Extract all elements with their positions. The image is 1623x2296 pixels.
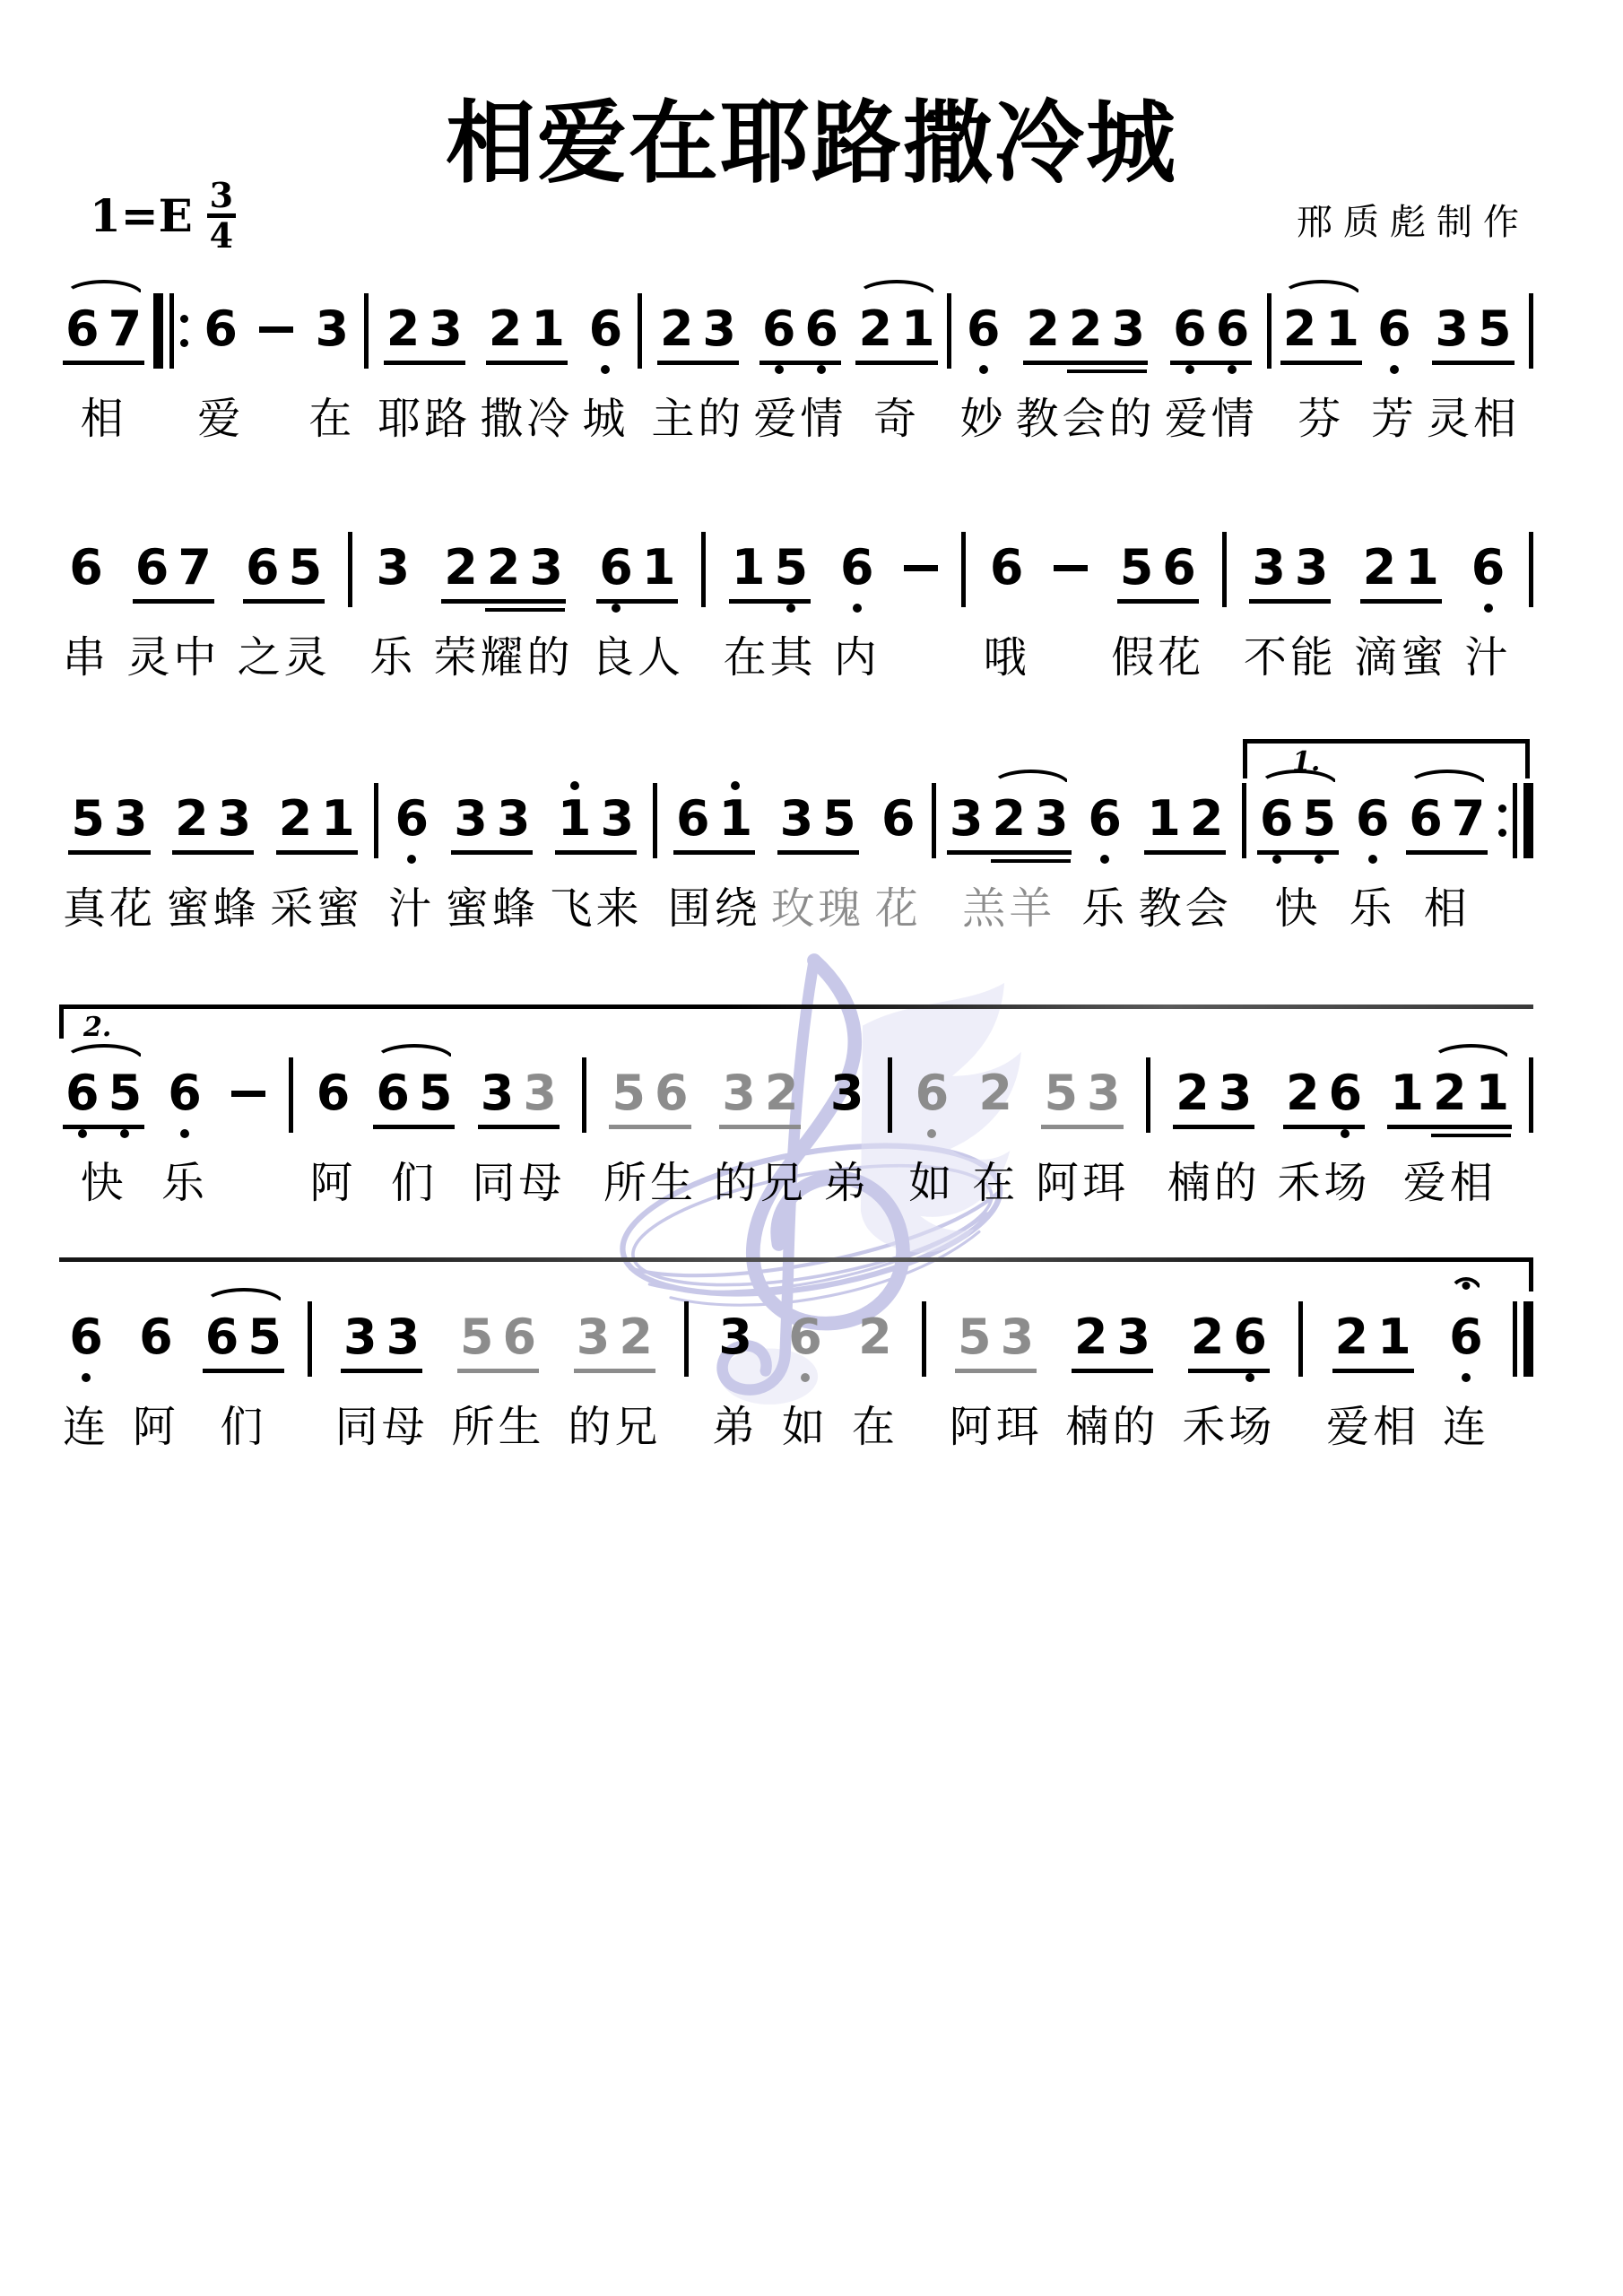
note-digit: 5	[247, 1311, 282, 1363]
lyric-syllable: 串	[63, 634, 109, 681]
note-digit: 1	[719, 793, 753, 845]
barline-single	[922, 1301, 926, 1377]
lyric-syllable: 滴蜜	[1354, 634, 1447, 681]
lyric-syllable: 妙	[960, 396, 1007, 442]
note-group: 6汁	[388, 793, 435, 932]
volta-2-bracket-continuation	[59, 1257, 1533, 1291]
lyric-syllable: 在	[972, 1160, 1019, 1206]
note-digit: 3	[497, 793, 531, 845]
note-digit: 3	[454, 793, 488, 845]
note-group: 6乐	[1350, 793, 1396, 932]
note-digit: 6	[1356, 793, 1390, 845]
note-group: 21奇	[855, 303, 937, 442]
lyric-syllable: 撒冷	[480, 396, 573, 442]
barline-single	[1529, 1057, 1533, 1133]
lyric-syllable: 乐	[161, 1160, 208, 1206]
note-group: 56所生	[452, 1311, 545, 1450]
note-digit: 2	[1286, 1067, 1320, 1119]
note-digit: 2	[1026, 303, 1060, 355]
lyric-syllable: 在其	[723, 634, 816, 681]
note-group: 53阿珥	[1036, 1067, 1129, 1206]
note-group: 3乐	[369, 542, 416, 681]
note-digit: 3	[523, 1067, 557, 1119]
barline-single	[582, 1057, 586, 1133]
lyric-syllable: 主的	[651, 396, 744, 442]
note-digit: 2	[619, 1311, 653, 1363]
note-digit: 5	[958, 1311, 992, 1363]
sixteenth-beam	[485, 608, 565, 612]
note-digit: 3	[577, 1311, 611, 1363]
note-digit: 7	[108, 303, 143, 355]
note-digit: 6	[589, 303, 623, 355]
note-digit: 3	[1295, 542, 1329, 594]
dash-sustain	[256, 303, 297, 355]
lyric-syllable: 耶路	[378, 396, 471, 442]
note-digit: 6	[1377, 303, 1411, 355]
barline-single	[1267, 293, 1271, 369]
note-digit: 2	[1433, 1067, 1467, 1119]
note-group: 15在其	[723, 542, 816, 681]
barline-single	[1146, 1057, 1150, 1133]
note-digit: 6	[967, 303, 1001, 355]
note-digit: 6	[135, 542, 169, 594]
note-digit: 6	[168, 1067, 202, 1119]
note-digit: 3	[481, 1067, 515, 1119]
lyric-syllable: 在	[308, 396, 355, 442]
lyric-syllable: 奇	[873, 396, 920, 442]
note-group: 23楠的	[1167, 1067, 1261, 1206]
note-digit: 6	[1409, 793, 1443, 845]
note-group: 21爱相	[1326, 1311, 1419, 1450]
note-group: 12教会	[1139, 793, 1232, 932]
key-signature: 1=E	[90, 189, 193, 242]
note-digit: 6	[317, 1067, 351, 1119]
barline-single	[684, 1301, 689, 1377]
barline-single	[374, 783, 378, 858]
lyric-syllable: 爱	[197, 396, 244, 442]
lyric-syllable: 的兄	[568, 1404, 661, 1450]
note-digit: 2	[765, 1067, 799, 1119]
slur-arc	[374, 1044, 455, 1060]
note-group: 65快	[1257, 793, 1339, 932]
lyric-syllable: 快	[81, 1160, 127, 1206]
rest-dash-token	[1047, 542, 1094, 681]
slur-arc	[856, 280, 937, 296]
note-digit: 6	[205, 1311, 239, 1363]
note-group: 56假花	[1111, 542, 1204, 681]
lyric-syllable: 弟	[712, 1404, 759, 1450]
barline-single	[364, 293, 369, 369]
note-digit: 6	[395, 793, 430, 845]
meter-numerator: 3	[210, 179, 233, 212]
note-digit: 5	[774, 542, 808, 594]
note-group: 61围绕	[668, 793, 761, 932]
lyric-syllable: 们	[220, 1404, 266, 1450]
lyric-syllable: 假花	[1111, 634, 1204, 681]
lyric-syllable: 爱相	[1326, 1404, 1419, 1450]
lyric-syllable: 爱相	[1403, 1160, 1497, 1206]
note-digit: 6	[65, 1067, 100, 1119]
note-group: 6爱	[197, 303, 244, 442]
note-group: 33同母	[335, 1311, 429, 1450]
barline-single	[1298, 1301, 1303, 1377]
note-digit: 5	[612, 1067, 646, 1119]
note-digit: 1	[1405, 542, 1439, 594]
note-digit: 2	[175, 793, 209, 845]
note-digit: 6	[376, 1067, 410, 1119]
lyric-syllable: 连	[1443, 1404, 1489, 1450]
note-digit: 6	[69, 542, 103, 594]
note-digit: 2	[487, 542, 521, 594]
note-group: 6阿	[309, 1067, 356, 1206]
barline-single	[653, 783, 657, 858]
note-group: 13飞来	[549, 793, 642, 932]
note-digit: 2	[1074, 1311, 1108, 1363]
lyric-syllable: 真花	[63, 885, 156, 932]
lyric-syllable: 城	[582, 396, 629, 442]
lyric-syllable: 哦	[984, 634, 1030, 681]
note-group: 33同母	[472, 1067, 565, 1206]
note-group: 32的兄	[714, 1067, 807, 1206]
note-group: 33不能	[1244, 542, 1337, 681]
lyric-syllable: 所生	[452, 1404, 545, 1450]
lyric-syllable: 灵相	[1427, 396, 1520, 442]
song-title: 相爱在耶路撒冷城	[0, 93, 1623, 192]
time-signature: 3 4	[207, 179, 236, 252]
lyric-syllable: 乐	[369, 634, 416, 681]
note-group: 61良人	[591, 542, 684, 681]
note-group: 67相	[1406, 793, 1488, 932]
note-group: 23耶路	[378, 303, 471, 442]
note-group: 121爱相	[1387, 1067, 1512, 1206]
note-group: 23楠的	[1065, 1311, 1159, 1450]
note-digit: 3	[343, 1311, 378, 1363]
note-digit: 3	[1219, 1067, 1253, 1119]
note-group: 2在	[972, 1067, 1019, 1206]
lyric-syllable: 玫瑰	[771, 885, 864, 932]
lyric-syllable: 禾场	[1182, 1404, 1275, 1450]
note-group: 6内	[834, 542, 881, 681]
note-digit: 1	[1325, 303, 1359, 355]
note-digit: 6	[916, 1067, 950, 1119]
rest-dash-token	[253, 303, 299, 442]
lyric-syllable: 爱情	[1165, 396, 1258, 442]
music-system-1: 67相6爱3在23耶路21撒冷6城23主的66爱情21奇6妙223教会的66爱情…	[63, 303, 1533, 442]
note-digit: 3	[376, 542, 410, 594]
lyric-syllable: 蜜蜂	[446, 885, 539, 932]
lyric-syllable: 在	[852, 1404, 898, 1450]
note-digit: 3	[1252, 542, 1286, 594]
meter-denominator: 4	[210, 220, 233, 252]
note-group: 6妙	[960, 303, 1007, 442]
barline-repeat-end	[1498, 783, 1533, 858]
note-digit: 6	[788, 1311, 822, 1363]
barline-single	[932, 783, 936, 858]
lyric-syllable: 弟	[824, 1160, 871, 1206]
lyric-syllable: 们	[391, 1160, 438, 1206]
note-digit: 6	[990, 542, 1024, 594]
note-group: 6如	[782, 1311, 829, 1450]
slur-arc	[64, 1044, 144, 1060]
note-digit: 3	[315, 303, 349, 355]
note-digit: 1	[1476, 1067, 1510, 1119]
note-group: 32的兄	[568, 1311, 661, 1450]
note-digit: 2	[386, 303, 421, 355]
sixteenth-beam	[991, 859, 1071, 863]
note-digit: 3	[1087, 1067, 1121, 1119]
lyric-syllable: 花	[875, 885, 922, 932]
dash-sustain	[228, 1067, 269, 1119]
lyric-syllable: 相	[1424, 885, 1471, 932]
note-digit: 6	[804, 303, 838, 355]
note-digit: 2	[1335, 1311, 1369, 1363]
note-digit: 3	[718, 1311, 752, 1363]
barline-single	[1529, 532, 1533, 607]
volta-2-bracket: 2.	[59, 1004, 1533, 1039]
note-group: 323羔羊	[947, 793, 1072, 932]
music-system-5: 6连6阿65们33同母56所生32的兄3弟6如2在53阿珥23楠的26禾场21爱…	[63, 1311, 1533, 1450]
note-group: 66爱情	[1165, 303, 1258, 442]
lyric-syllable: 羔羊	[962, 885, 1055, 932]
note-digit: 2	[858, 1311, 892, 1363]
barline-single	[1529, 293, 1533, 369]
note-group: 2在	[852, 1311, 898, 1450]
note-digit: 6	[840, 542, 874, 594]
lyric-syllable: 如	[908, 1160, 955, 1206]
lyric-syllable: 之灵	[238, 634, 331, 681]
lyric-syllable: 灵中	[126, 634, 220, 681]
note-group: 66爱情	[753, 303, 846, 442]
lyric-syllable: 连	[63, 1404, 109, 1450]
note-digit: 2	[1176, 1067, 1210, 1119]
lyric-syllable: 不能	[1244, 634, 1337, 681]
slur-arc	[991, 770, 1071, 786]
note-digit: 3	[1035, 793, 1069, 845]
note-group: 26禾场	[1278, 1067, 1371, 1206]
note-group: 223荣耀的	[434, 542, 574, 681]
note-group: 223教会的	[1016, 303, 1156, 442]
note-digit: 6	[503, 1311, 537, 1363]
note-digit: 3	[830, 1067, 864, 1119]
credit-author: 邢质彪制作	[1297, 194, 1530, 245]
lyric-syllable: 阿珥	[950, 1404, 1043, 1450]
note-digit: 5	[419, 1067, 453, 1119]
note-digit: 5	[71, 793, 105, 845]
note-group: 21芬	[1280, 303, 1362, 442]
lyric-syllable: 荣耀的	[434, 634, 574, 681]
note-group: 6乐	[161, 1067, 208, 1206]
note-digit: 3	[1116, 1311, 1150, 1363]
note-digit: 3	[1435, 303, 1469, 355]
lyric-syllable: 阿珥	[1036, 1160, 1129, 1206]
note-digit: 2	[1190, 793, 1224, 845]
rest-dash-token	[225, 1067, 272, 1206]
note-digit: 1	[1390, 1067, 1424, 1119]
note-digit: 2	[1363, 542, 1397, 594]
note-digit: 6	[139, 1311, 173, 1363]
note-digit: 3	[702, 303, 736, 355]
rest-dash-token	[898, 542, 944, 681]
slur-arc	[1281, 280, 1362, 296]
dash-sustain	[900, 542, 942, 594]
note-group: 23主的	[651, 303, 744, 442]
note-digit: 5	[289, 542, 323, 594]
note-digit: 3	[529, 542, 563, 594]
note-group: 67相	[63, 303, 144, 442]
lyric-syllable: 乐	[1350, 885, 1396, 932]
lyric-syllable: 相	[81, 396, 127, 442]
note-digit: 3	[1111, 303, 1145, 355]
note-group: 65们	[373, 1067, 455, 1206]
note-group: 67灵中	[126, 542, 220, 681]
barline-single	[1222, 532, 1227, 607]
sixteenth-beam	[1431, 1134, 1511, 1137]
note-digit: 2	[978, 1067, 1012, 1119]
note-digit: 3	[386, 1311, 421, 1363]
note-digit: 2	[279, 793, 313, 845]
note-digit: 2	[1283, 303, 1317, 355]
lyric-syllable: 汁	[388, 885, 435, 932]
note-digit: 7	[178, 542, 212, 594]
note-digit: 1	[531, 303, 565, 355]
barline-single	[348, 532, 352, 607]
note-digit: 2	[489, 303, 523, 355]
note-digit: 6	[676, 793, 710, 845]
note-digit: 1	[732, 542, 766, 594]
note-digit: 5	[460, 1311, 494, 1363]
note-digit: 5	[1478, 303, 1512, 355]
note-digit: 6	[1173, 303, 1207, 355]
note-group: 26禾场	[1182, 1311, 1275, 1450]
note-group: 6阿	[133, 1311, 179, 1450]
lyric-syllable: 教会	[1139, 885, 1232, 932]
music-system-4: 65快6乐6阿65们33同母56所生32的兄3弟6如2在53阿珥23楠的26禾场…	[63, 1067, 1533, 1206]
note-digit: 6	[1471, 542, 1506, 594]
note-digit: 1	[1147, 793, 1181, 845]
note-group: 6哦	[984, 542, 1030, 681]
note-group: 53真花	[63, 793, 156, 932]
slur-arc	[1431, 1044, 1511, 1060]
dash-sustain	[1050, 542, 1091, 594]
lyric-syllable: 快	[1274, 885, 1321, 932]
note-digit: 6	[1329, 1067, 1363, 1119]
note-digit: 1	[558, 793, 592, 845]
note-group: 65们	[203, 1311, 284, 1450]
lyric-syllable: 采蜜	[270, 885, 363, 932]
note-digit: 6	[1088, 793, 1122, 845]
note-digit: 3	[950, 793, 984, 845]
note-group: 35玫瑰	[771, 793, 864, 932]
lyric-syllable: 教会的	[1016, 396, 1156, 442]
lyric-syllable: 围绕	[668, 885, 761, 932]
lyric-syllable: 飞来	[549, 885, 642, 932]
slur-arc	[64, 280, 144, 296]
barline-single	[289, 1057, 293, 1133]
note-digit: 5	[822, 793, 856, 845]
note-digit: 6	[1162, 542, 1196, 594]
note-digit: 3	[429, 303, 463, 355]
note-group: 3在	[308, 303, 355, 442]
barline-single	[308, 1301, 312, 1377]
note-digit: 6	[69, 1311, 103, 1363]
note-digit: 6	[1449, 1311, 1483, 1363]
note-group: 6连	[63, 1311, 109, 1450]
note-group: 56所生	[603, 1067, 697, 1206]
sheet-music-page: 相爱在耶路撒冷城 1=E 3 4 邢质彪制作 1. 2. 67相6爱3在23耶路…	[0, 0, 1623, 2296]
lyric-syllable: 所生	[603, 1160, 697, 1206]
note-group: 65快	[63, 1067, 144, 1206]
barline-repeat-begin	[153, 293, 188, 369]
music-system-3: 53真花23蜜蜂21采蜜6汁33蜜蜂13飞来61围绕35玫瑰6花323羔羊6乐1…	[63, 793, 1533, 932]
note-digit: 6	[655, 1067, 689, 1119]
note-digit: 6	[881, 793, 916, 845]
volta-2-label: 2.	[83, 1012, 111, 1043]
note-digit: 7	[1452, 793, 1486, 845]
lyric-syllable: 芬	[1298, 396, 1344, 442]
note-digit: 2	[444, 542, 478, 594]
lyric-syllable: 同母	[472, 1160, 565, 1206]
lyric-syllable: 禾场	[1278, 1160, 1371, 1206]
note-group: 35灵相	[1427, 303, 1520, 442]
lyric-syllable: 如	[782, 1404, 829, 1450]
note-group: 3弟	[712, 1311, 759, 1450]
note-group: 6乐	[1081, 793, 1128, 932]
note-digit: 5	[1044, 1067, 1078, 1119]
note-digit: 3	[722, 1067, 756, 1119]
note-digit: 6	[1260, 793, 1294, 845]
barline-single	[947, 293, 951, 369]
note-digit: 6	[599, 542, 633, 594]
lyric-syllable: 芳	[1371, 396, 1418, 442]
note-digit: 6	[762, 303, 796, 355]
note-digit: 2	[660, 303, 694, 355]
note-digit: 1	[901, 303, 935, 355]
note-group: 33蜜蜂	[446, 793, 539, 932]
note-digit: 5	[1120, 542, 1154, 594]
lyric-syllable: 的兄	[714, 1160, 807, 1206]
lyric-syllable: 阿	[309, 1160, 356, 1206]
note-group: 21撒冷	[480, 303, 573, 442]
note-group: 3弟	[824, 1067, 871, 1206]
key-and-meter: 1=E 3 4	[90, 179, 236, 252]
barline-final	[1513, 1301, 1533, 1377]
note-digit: 6	[1233, 1311, 1267, 1363]
note-group: 6连	[1443, 1311, 1489, 1450]
note-group: 21采蜜	[270, 793, 363, 932]
note-digit: 2	[1191, 1311, 1225, 1363]
note-group: 6城	[582, 303, 629, 442]
note-digit: 3	[600, 793, 634, 845]
note-digit: 1	[1377, 1311, 1411, 1363]
note-digit: 2	[858, 303, 892, 355]
note-digit: 3	[218, 793, 252, 845]
note-digit: 1	[642, 542, 676, 594]
note-group: 21滴蜜	[1354, 542, 1447, 681]
note-digit: 3	[1001, 1311, 1035, 1363]
lyric-syllable: 同母	[335, 1404, 429, 1450]
note-digit: 3	[780, 793, 814, 845]
barline-single	[888, 1057, 892, 1133]
note-digit: 6	[204, 303, 238, 355]
note-digit: 6	[65, 303, 100, 355]
lyric-syllable: 楠的	[1167, 1160, 1261, 1206]
lyric-syllable: 乐	[1081, 885, 1128, 932]
note-group: 6串	[63, 542, 109, 681]
lyric-syllable: 蜜蜂	[167, 885, 260, 932]
sixteenth-beam	[1067, 370, 1147, 373]
note-group: 6如	[908, 1067, 955, 1206]
note-digit: 2	[992, 793, 1026, 845]
